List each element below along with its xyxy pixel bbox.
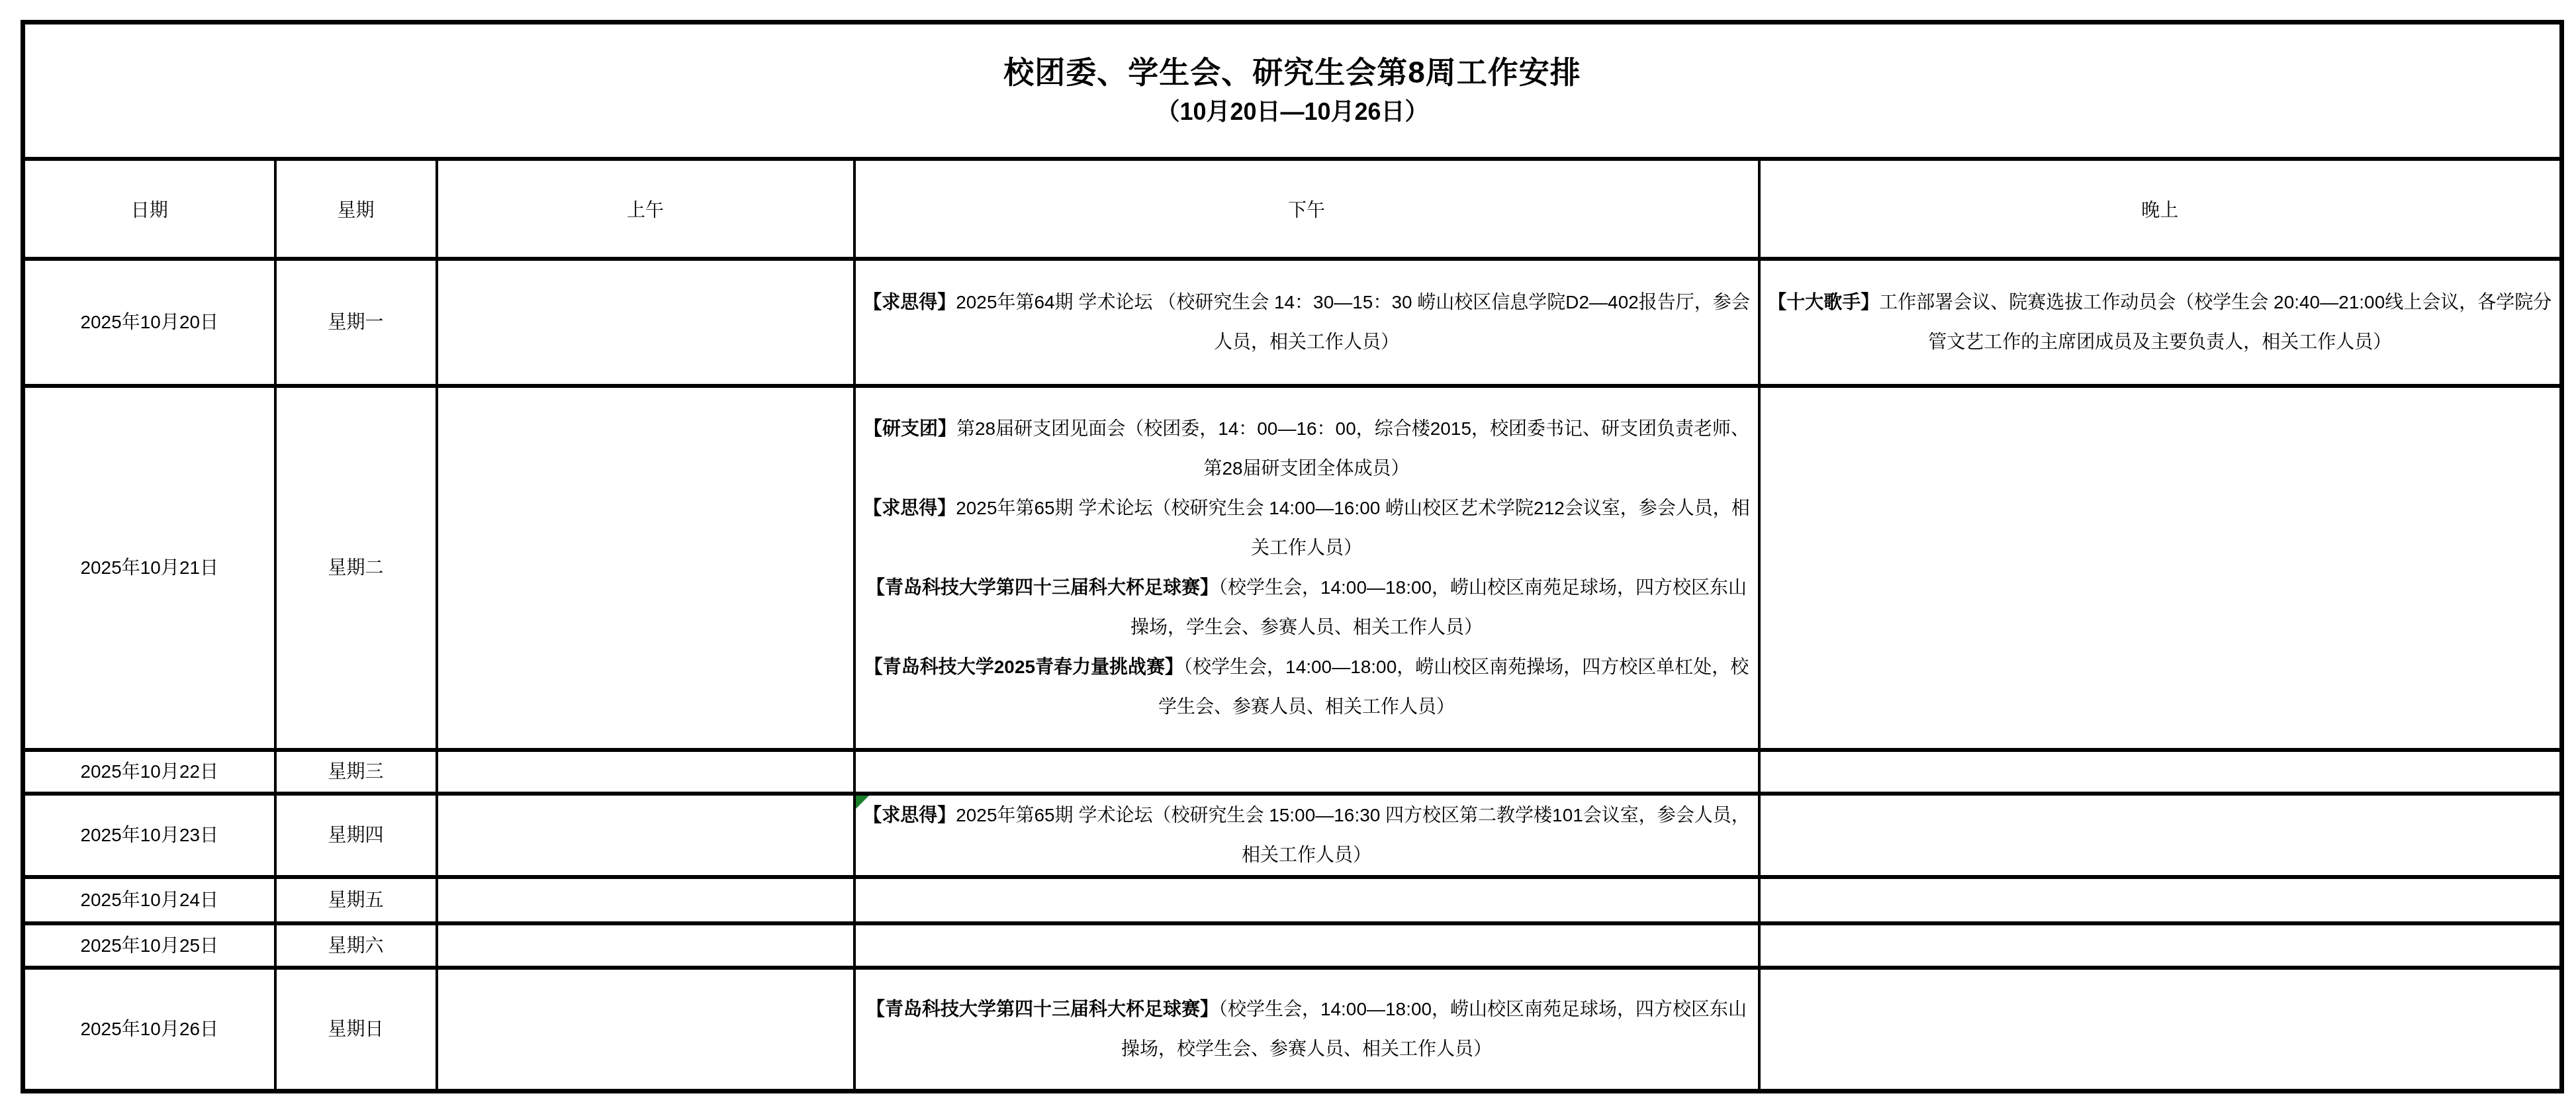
weekday-cell: 星期一 — [275, 259, 437, 386]
date-cell: 2025年10月24日 — [23, 877, 275, 923]
date-cell: 2025年10月26日 — [23, 968, 275, 1091]
evening-cell — [1759, 923, 2562, 968]
weekday-cell: 星期六 — [275, 923, 437, 968]
evening-cell — [1759, 386, 2562, 750]
afternoon-cell: 【求思得】2025年第65期 学术论坛（校研究生会 15:00—16:30 四方… — [854, 794, 1759, 877]
table-row: 2025年10月25日星期六 — [23, 923, 2562, 968]
title-row: 校团委、学生会、研究生会第8周工作安排 （10月20日—10月26日） — [23, 23, 2562, 160]
table-row: 2025年10月24日星期五 — [23, 877, 2562, 923]
schedule-entry: 【青岛科技大学第四十三届科大杯足球赛】（校学生会，14:00—18:00，崂山校… — [862, 568, 1751, 647]
evening-cell: 【十大歌手】工作部署会议、院赛选拔工作动员会（校学生会 20:40—21:00线… — [1759, 259, 2562, 386]
entry-text: 2025年第65期 学术论坛（校研究生会 14:00—16:00 崂山校区艺术学… — [956, 498, 1750, 558]
entry-tag: 【青岛科技大学第四十三届科大杯足球赛】 — [866, 577, 1219, 598]
afternoon-cell — [854, 750, 1759, 794]
page-subtitle: （10月20日—10月26日） — [25, 93, 2559, 130]
entry-tag: 【求思得】 — [863, 498, 956, 518]
morning-cell — [437, 877, 854, 923]
page-title: 校团委、学生会、研究生会第8周工作安排 — [25, 51, 2559, 93]
morning-cell — [437, 386, 854, 750]
date-cell: 2025年10月21日 — [23, 386, 275, 750]
afternoon-cell: 【青岛科技大学第四十三届科大杯足球赛】（校学生会，14:00—18:00，崂山校… — [854, 968, 1759, 1091]
morning-cell — [437, 259, 854, 386]
table-row: 2025年10月23日星期四【求思得】2025年第65期 学术论坛（校研究生会 … — [23, 794, 2562, 877]
date-cell: 2025年10月22日 — [23, 750, 275, 794]
afternoon-cell: 【研支团】第28届研支团见面会（校团委，14：00—16：00，综合楼2015，… — [854, 386, 1759, 750]
col-header-date: 日期 — [23, 159, 275, 259]
weekday-cell: 星期二 — [275, 386, 437, 750]
col-header-weekday: 星期 — [275, 159, 437, 259]
weekday-cell: 星期五 — [275, 877, 437, 923]
schedule-entry: 【十大歌手】工作部署会议、院赛选拔工作动员会（校学生会 20:40—21:00线… — [1767, 283, 2553, 362]
title-cell: 校团委、学生会、研究生会第8周工作安排 （10月20日—10月26日） — [23, 23, 2562, 160]
table-row: 2025年10月21日星期二【研支团】第28届研支团见面会（校团委，14：00—… — [23, 386, 2562, 750]
schedule-entry: 【青岛科技大学第四十三届科大杯足球赛】（校学生会，14:00—18:00，崂山校… — [862, 990, 1751, 1069]
weekday-cell: 星期日 — [275, 968, 437, 1091]
entry-text: 2025年第64期 学术论坛 （校研究生会 14：30—15：30 崂山校区信息… — [956, 292, 1750, 352]
entry-tag: 【求思得】 — [863, 805, 956, 825]
morning-cell — [437, 968, 854, 1091]
date-cell: 2025年10月20日 — [23, 259, 275, 386]
schedule-page: 校团委、学生会、研究生会第8周工作安排 （10月20日—10月26日） 日期 星… — [0, 0, 2576, 1112]
entry-tag: 【青岛科技大学第四十三届科大杯足球赛】 — [866, 999, 1219, 1019]
weekday-cell: 星期四 — [275, 794, 437, 877]
col-header-morning: 上午 — [437, 159, 854, 259]
header-row: 日期 星期 上午 下午 晚上 — [23, 159, 2562, 259]
table-row: 2025年10月20日星期一【求思得】2025年第64期 学术论坛 （校研究生会… — [23, 259, 2562, 386]
morning-cell — [437, 750, 854, 794]
table-row: 2025年10月26日星期日【青岛科技大学第四十三届科大杯足球赛】（校学生会，1… — [23, 968, 2562, 1091]
schedule-table: 校团委、学生会、研究生会第8周工作安排 （10月20日—10月26日） 日期 星… — [21, 20, 2564, 1093]
entry-tag: 【研支团】 — [864, 418, 956, 439]
entry-tag: 【青岛科技大学2025青春力量挑战赛】 — [864, 657, 1183, 677]
entry-text: （校学生会，14:00—18:00，崂山校区南苑足球场，四方校区东山操场，学生会… — [1130, 577, 1747, 637]
schedule-entry: 【青岛科技大学2025青春力量挑战赛】（校学生会，14:00—18:00，崂山校… — [862, 647, 1751, 727]
afternoon-cell: 【求思得】2025年第64期 学术论坛 （校研究生会 14：30—15：30 崂… — [854, 259, 1759, 386]
col-header-afternoon: 下午 — [854, 159, 1759, 259]
entry-tag: 【十大歌手】 — [1768, 292, 1879, 312]
entry-tag: 【求思得】 — [863, 292, 956, 312]
afternoon-cell — [854, 877, 1759, 923]
weekday-cell: 星期三 — [275, 750, 437, 794]
schedule-entry: 【求思得】2025年第65期 学术论坛（校研究生会 15:00—16:30 四方… — [862, 796, 1751, 875]
morning-cell — [437, 923, 854, 968]
morning-cell — [437, 794, 854, 877]
evening-cell — [1759, 750, 2562, 794]
col-header-evening: 晚上 — [1759, 159, 2562, 259]
error-indicator-icon — [856, 796, 869, 809]
entry-text: 第28届研支团见面会（校团委，14：00—16：00，综合楼2015，校团委书记… — [956, 418, 1749, 479]
table-row: 2025年10月22日星期三 — [23, 750, 2562, 794]
evening-cell — [1759, 968, 2562, 1091]
date-cell: 2025年10月23日 — [23, 794, 275, 877]
evening-cell — [1759, 794, 2562, 877]
entry-text: （校学生会，14:00—18:00，崂山校区南苑操场，四方校区单杠处，校学生会、… — [1158, 657, 1749, 717]
schedule-entry: 【求思得】2025年第64期 学术论坛 （校研究生会 14：30—15：30 崂… — [862, 283, 1751, 362]
schedule-entry: 【求思得】2025年第65期 学术论坛（校研究生会 14:00—16:00 崂山… — [862, 488, 1751, 568]
entry-text: 工作部署会议、院赛选拔工作动员会（校学生会 20:40—21:00线上会议，各学… — [1879, 292, 2552, 352]
entry-text: 2025年第65期 学术论坛（校研究生会 15:00—16:30 四方校区第二教… — [956, 805, 1750, 865]
afternoon-cell — [854, 923, 1759, 968]
schedule-entry: 【研支团】第28届研支团见面会（校团委，14：00—16：00，综合楼2015，… — [862, 409, 1751, 488]
evening-cell — [1759, 877, 2562, 923]
date-cell: 2025年10月25日 — [23, 923, 275, 968]
